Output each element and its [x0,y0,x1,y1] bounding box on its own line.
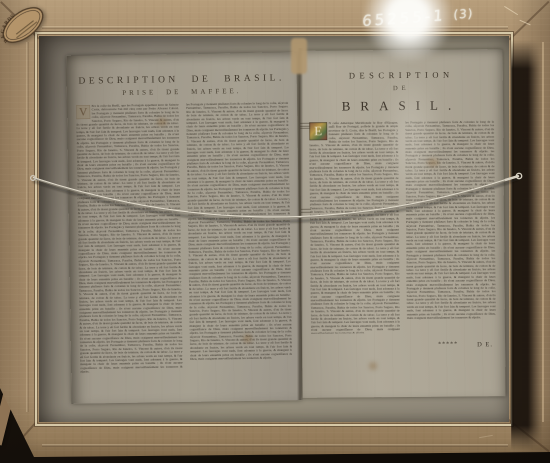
signature-asterisks: ***** [438,342,458,348]
foxing-spot [243,334,252,343]
body-text-fill: les Portugais y tiennent pluſieurs forts… [76,110,182,373]
frame-rabbet-shadow [511,40,542,450]
body-text-fill: les Portugais y tiennent pluſieurs forts… [186,101,292,361]
text-column: les Portugais y tiennent pluſieurs forts… [186,101,293,385]
foxing-spot [369,362,377,370]
page-gutter-shadow [297,48,303,400]
catchword: D E. [477,341,493,348]
text-column: VErs la coſte du Breſil, que les Portuga… [76,103,183,387]
glass-glare-streak [370,42,452,242]
body-text: les Portugais y tiennent pluſieurs forts… [186,101,293,361]
left-page: DESCRIPTION DE BRASIL. PRISE DE MAFFEE. … [66,52,301,404]
gutter-tape-stain [291,38,307,74]
frame-groove [42,444,508,447]
photo-framed-antique-leaf: 65255-1 (3) DESCRIPTION DE BRASIL. PRISE… [0,0,550,463]
frame-groove [542,42,544,422]
foxing-spot [157,118,167,126]
body-text: VErs la coſte du Breſil, que les Portuga… [76,103,183,374]
woodcut-initial-v: V [76,105,90,119]
frame-groove [26,42,29,412]
ornate-colored-initial-e: E [309,122,327,140]
